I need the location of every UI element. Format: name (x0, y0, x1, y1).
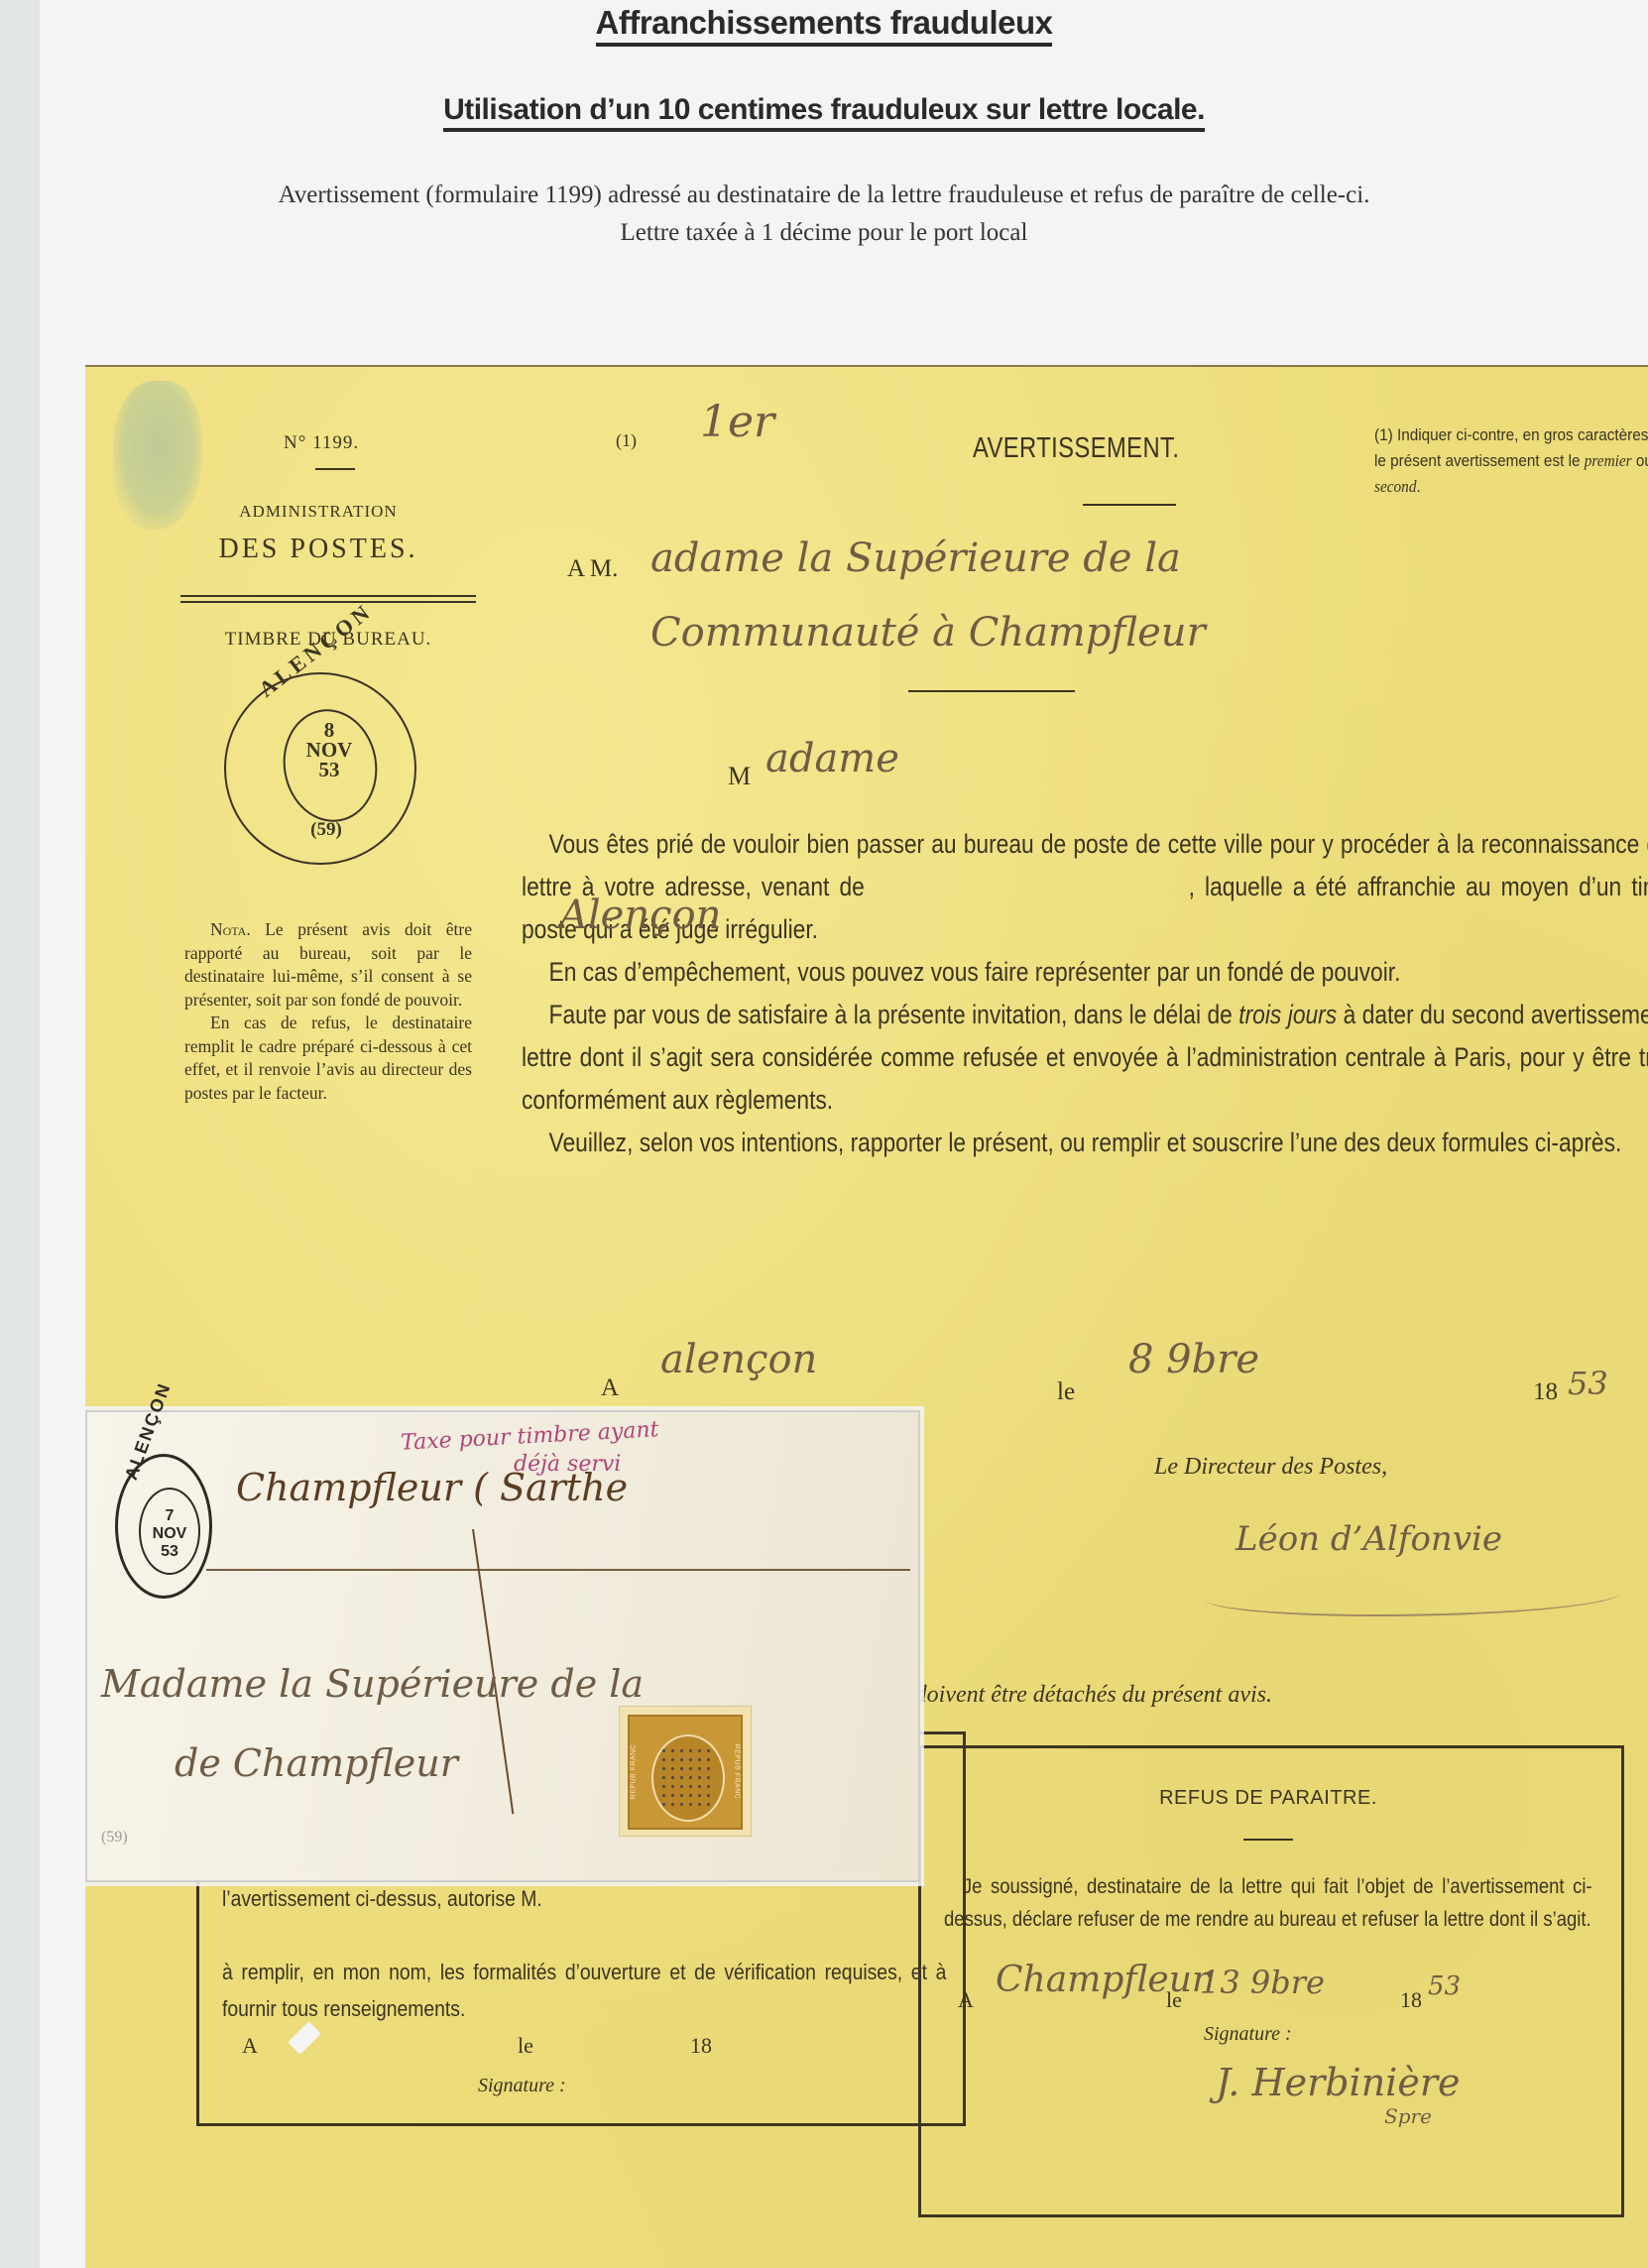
postage-stamp-10c: REPUB FRANC REPUB FRANC (619, 1706, 752, 1837)
date-a-label: A (601, 1374, 619, 1402)
body-paragraph-4: Veuillez, selon vos intentions, rapporte… (522, 1122, 1648, 1164)
letter-destination: Champfleur ( Sarthe (236, 1466, 628, 1509)
authorization-le-label: le (518, 2033, 533, 2059)
refusal-signature: J. Herbinière (1216, 2061, 1460, 2104)
page-subtitle: Utilisation d’un 10 centimes frauduleux … (0, 93, 1648, 127)
body-paragraph-2: En cas d’empêchement, vous pouvez vous f… (522, 951, 1648, 994)
form-number: N° 1199. (284, 432, 359, 454)
letter-postmark-year: 53 (149, 1543, 190, 1561)
footnote-ou: ou le (1632, 451, 1648, 470)
administration-label: ADMINISTRATION (204, 502, 432, 522)
origin-handwritten: Alençon (559, 893, 721, 938)
body-paragraph-3-italic: trois jours (1238, 1000, 1337, 1029)
footnote-premier: premier (1585, 451, 1632, 470)
authorization-signature-label: Signature : (478, 2075, 566, 2097)
footnote-second: second (1374, 477, 1416, 496)
stamp-frame: REPUB FRANC REPUB FRANC (628, 1715, 743, 1830)
recipient-label: A M. (567, 555, 618, 583)
date-year-handwritten: 53 (1568, 1365, 1608, 1402)
footnote-text: (1) Indiquer ci-contre, en gros caractèr… (1374, 422, 1648, 500)
des-postes-label: DES POSTES. (184, 534, 452, 565)
postmark-month: NOV (297, 740, 361, 760)
salutation-handwritten: adame (765, 736, 899, 781)
page-subtitle-text: Utilisation d’un 10 centimes frauduleux … (443, 93, 1205, 132)
letter-postmark-day: 7 (149, 1507, 190, 1525)
heading-rule (1083, 504, 1176, 506)
stamp-right-text: REPUB FRANC (734, 1723, 741, 1822)
refusal-rule (1243, 1839, 1293, 1841)
nota-paragraph-2: En cas de refus, le destinataire remplit… (184, 1012, 472, 1105)
nota-text: Nota. Le présent avis doit être rapporté… (184, 918, 472, 1105)
form-body: Vous êtes prié de vouloir bien passer au… (522, 823, 1648, 1164)
body-paragraph-3a: Faute par vous de satisfaire à la présen… (549, 1000, 1239, 1029)
refusal-a-label: A (958, 1987, 974, 2013)
director-label: Le Directeur des Postes, (1154, 1454, 1387, 1481)
page-description: Avertissement (formulaire 1199) adressé … (0, 177, 1648, 252)
letter-postmark-month: NOV (149, 1525, 190, 1543)
description-line-1: Avertissement (formulaire 1199) adressé … (0, 177, 1648, 214)
stamp-left-text: REPUB FRANC (631, 1723, 638, 1822)
refusal-le-label: le (1166, 1987, 1182, 2013)
postmark-dept: (59) (282, 819, 371, 841)
date-town-handwritten: alençon (660, 1337, 817, 1382)
refusal-signature-label: Signature : (1204, 2023, 1292, 2046)
salutation-printed: M (728, 762, 751, 791)
date-le-label: le (1057, 1378, 1075, 1406)
refusal-year-handwritten: 53 (1428, 1971, 1461, 2001)
description-line-2: Lettre taxée à 1 décime pour le port loc… (0, 214, 1648, 252)
authorization-line-2: l’avertissement ci-dessus, autorise M. (222, 1880, 946, 1917)
date-year-prefix: 18 (1533, 1378, 1558, 1406)
refusal-title: REFUS DE PARAITRE. (918, 1787, 1618, 1810)
letter-address-line-1: Madame la Supérieure de la (101, 1662, 644, 1706)
handwritten-order: 1er (700, 397, 774, 447)
letter-postmark-date: 7 NOV 53 (149, 1507, 190, 1561)
date-day-handwritten: 8 9bre (1128, 1337, 1259, 1382)
letter-underline (206, 1569, 910, 1571)
recipient-handwritten-line-2: Communauté à Champfleur (650, 610, 1206, 656)
avertissement-form: N° 1199. ADMINISTRATION DES POSTES. TIMB… (85, 365, 1648, 2268)
refusal-day-handwritten: 13 9bre (1200, 1964, 1325, 2001)
refusal-signature-suffix: Spre (1384, 2104, 1432, 2128)
letter-address-line-2: de Champfleur (175, 1741, 458, 1785)
signature-flourish (1206, 1575, 1622, 1616)
refusal-year-prefix: 18 (1400, 1987, 1422, 2013)
authorization-line-3: à remplir, en mon nom, les formalités d’… (222, 1954, 946, 2027)
footnote-mark: (1) (616, 430, 637, 451)
footnote-end: . (1416, 477, 1420, 496)
detach-note: e doivent être détachés du présent avis. (898, 1682, 1272, 1709)
double-rule (180, 595, 476, 603)
album-edge (0, 0, 40, 2268)
fraudulent-letter: ALENÇON 7 NOV 53 Taxe pour timbre ayant … (85, 1410, 920, 1882)
divider (315, 468, 355, 470)
paper-stain (113, 381, 202, 530)
authorization-year-prefix: 18 (690, 2033, 712, 2059)
director-signature: Léon d’Alfonvie (1236, 1519, 1502, 1559)
refusal-text: Je soussigné, destinataire de la lettre … (944, 1870, 1592, 1936)
page-title: Affranchissements frauduleux (0, 4, 1648, 42)
address-rule (908, 690, 1075, 692)
grid-cancel-icon (659, 1746, 715, 1806)
recipient-handwritten-line-1: adame la Supérieure de la (650, 536, 1181, 581)
page-title-text: Affranchissements frauduleux (596, 4, 1053, 47)
refusal-paragraph: Je soussigné, destinataire de la lettre … (944, 1870, 1592, 1936)
pencil-note: (59) (101, 1829, 128, 1847)
nota-lead: Nota. (210, 919, 251, 939)
postmark-day: 8 (297, 720, 361, 740)
authorization-a-label: A (242, 2033, 258, 2059)
postmark-year: 53 (297, 760, 361, 779)
postmark-date: 8 NOV 53 (297, 720, 361, 779)
tax-note-line-1: Taxe pour timbre ayant (401, 1417, 659, 1456)
form-heading: AVERTISSEMENT. (973, 432, 1179, 465)
